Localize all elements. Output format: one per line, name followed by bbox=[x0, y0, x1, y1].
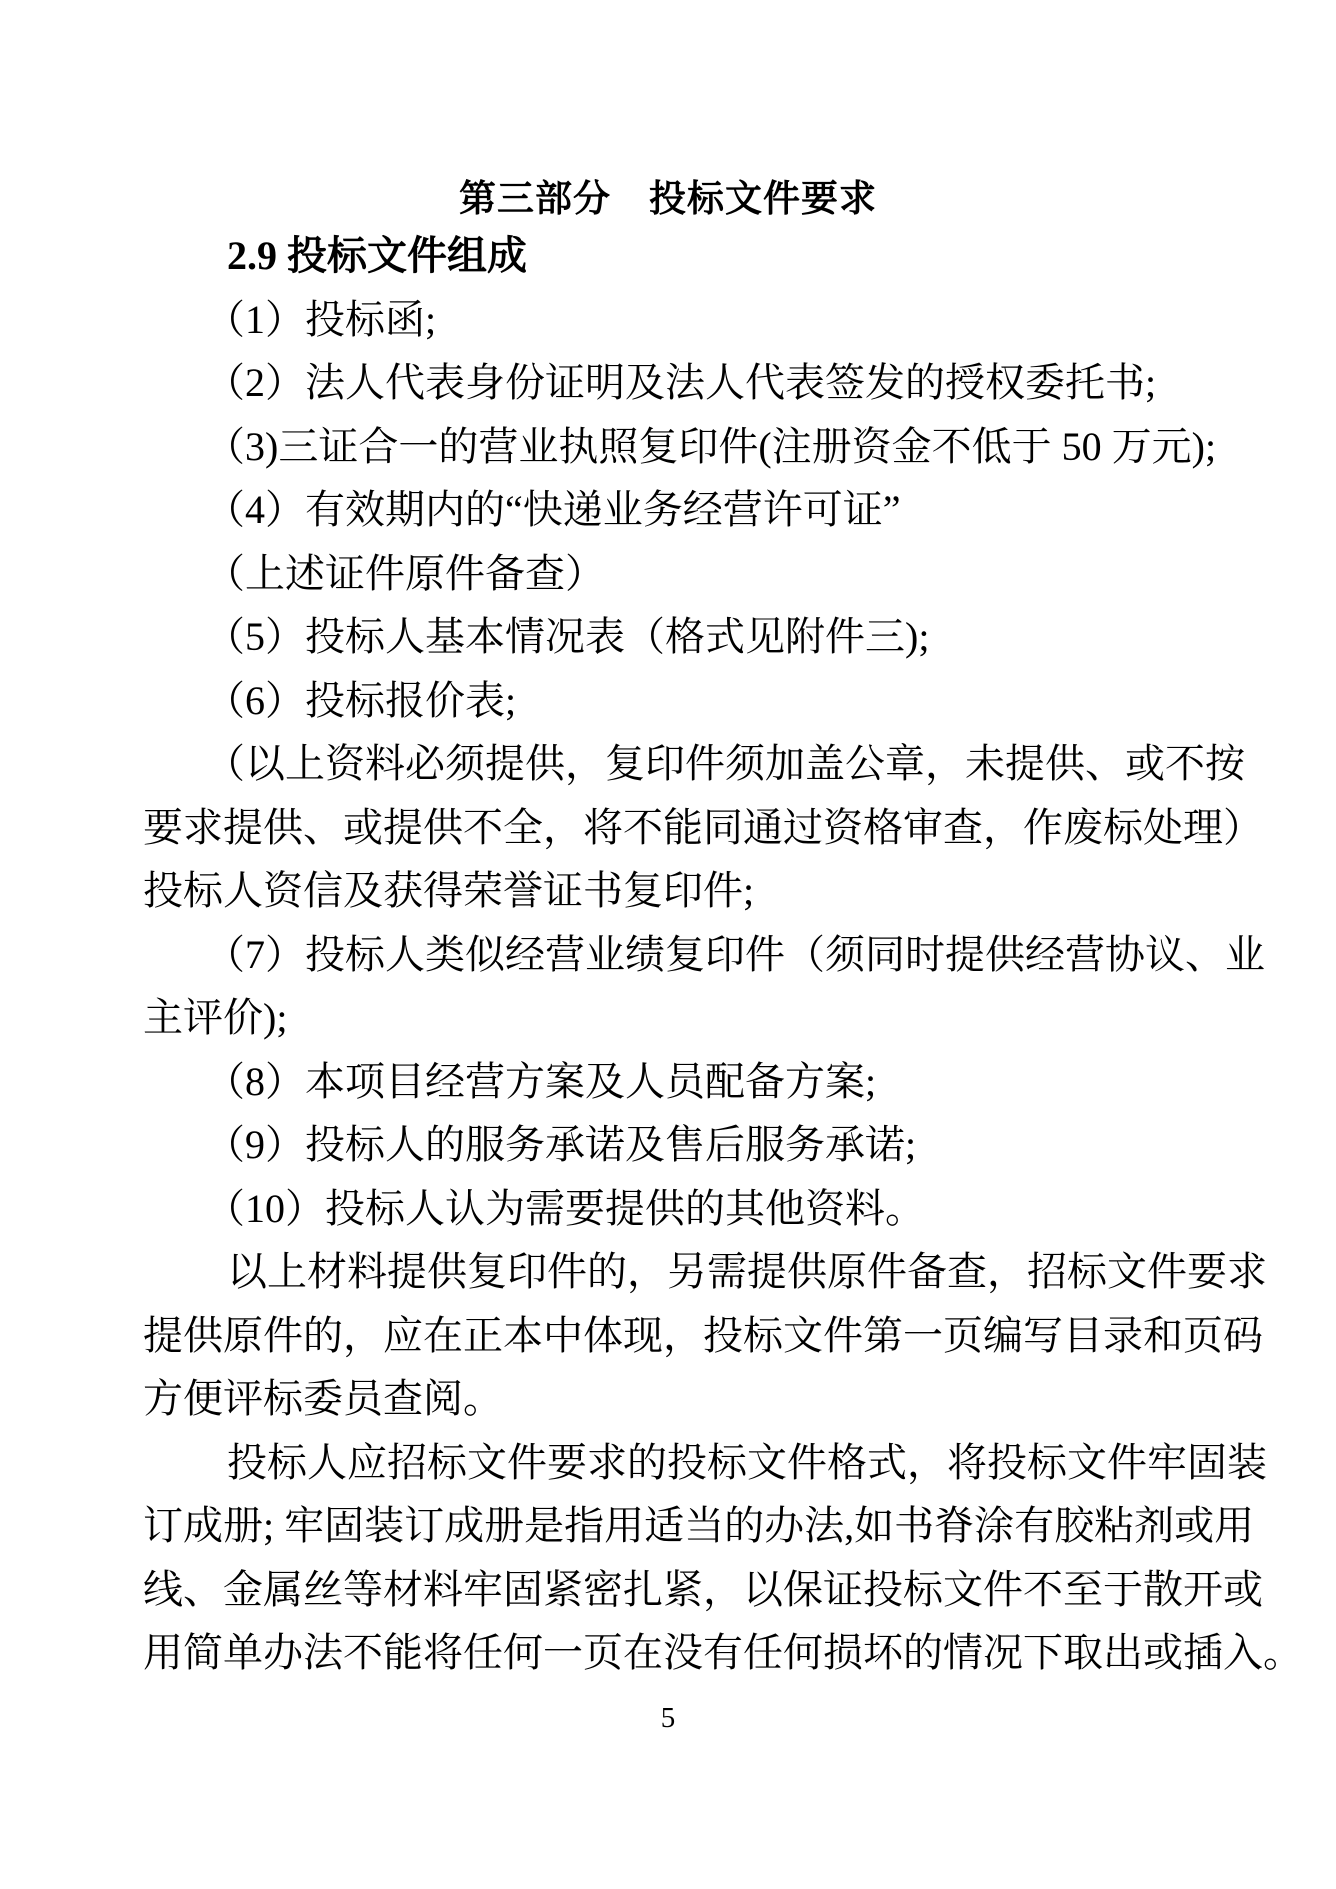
text-line: 提供原件的，应在正本中体现，投标文件第一页编写目录和页码 bbox=[143, 1304, 1218, 1368]
text-line: （3)三证合一的营业执照复印件(注册资金不低于 50 万元); bbox=[143, 415, 1218, 479]
document-body: 2.9 投标文件组成（1）投标函;（2）法人代表身份证明及法人代表签发的授权委托… bbox=[143, 224, 1218, 1685]
text-line: （6）投标报价表; bbox=[143, 669, 1218, 733]
text-line: 要求提供、或提供不全，将不能同通过资格审查，作废标处理） bbox=[143, 796, 1218, 860]
text-line: 方便评标委员查阅。 bbox=[143, 1367, 1218, 1431]
text-line: （1）投标函; bbox=[143, 288, 1218, 352]
text-line: （4）有效期内的“快递业务经营许可证” bbox=[143, 478, 1218, 542]
text-line: （8）本项目经营方案及人员配备方案; bbox=[143, 1050, 1218, 1114]
text-line: 线、金属丝等材料牢固紧密扎紧，以保证投标文件不至于散开或 bbox=[143, 1558, 1218, 1622]
section-title: 第三部分 投标文件要求 bbox=[0, 168, 1336, 222]
text-line: 订成册; 牢固装订成册是指用适当的办法,如书脊涂有胶粘剂或用 bbox=[143, 1494, 1218, 1558]
text-line: （5）投标人基本情况表（格式见附件三); bbox=[143, 605, 1218, 669]
text-line: 用简单办法不能将任何一页在没有任何损坏的情况下取出或插入。 bbox=[143, 1621, 1218, 1685]
text-line: 以上材料提供复印件的，另需提供原件备查，招标文件要求 bbox=[143, 1240, 1218, 1304]
text-line: 投标人应招标文件要求的投标文件格式，将投标文件牢固装 bbox=[143, 1431, 1218, 1495]
text-line: （10）投标人认为需要提供的其他资料。 bbox=[143, 1177, 1218, 1241]
text-line: （9）投标人的服务承诺及售后服务承诺; bbox=[143, 1113, 1218, 1177]
text-line: （上述证件原件备查） bbox=[143, 542, 1218, 606]
text-line: （以上资料必须提供，复印件须加盖公章，未提供、或不按 bbox=[143, 732, 1218, 796]
document-page: 第三部分 投标文件要求 2.9 投标文件组成（1）投标函;（2）法人代表身份证明… bbox=[0, 0, 1336, 1889]
page-number: 5 bbox=[0, 1702, 1336, 1735]
text-line: （2）法人代表身份证明及法人代表签发的授权委托书; bbox=[143, 351, 1218, 415]
text-line: 主评价); bbox=[143, 986, 1218, 1050]
text-line: （7）投标人类似经营业绩复印件（须同时提供经营协议、业 bbox=[143, 923, 1218, 987]
text-line: 投标人资信及获得荣誉证书复印件; bbox=[143, 859, 1218, 923]
text-line: 2.9 投标文件组成 bbox=[143, 224, 1218, 288]
